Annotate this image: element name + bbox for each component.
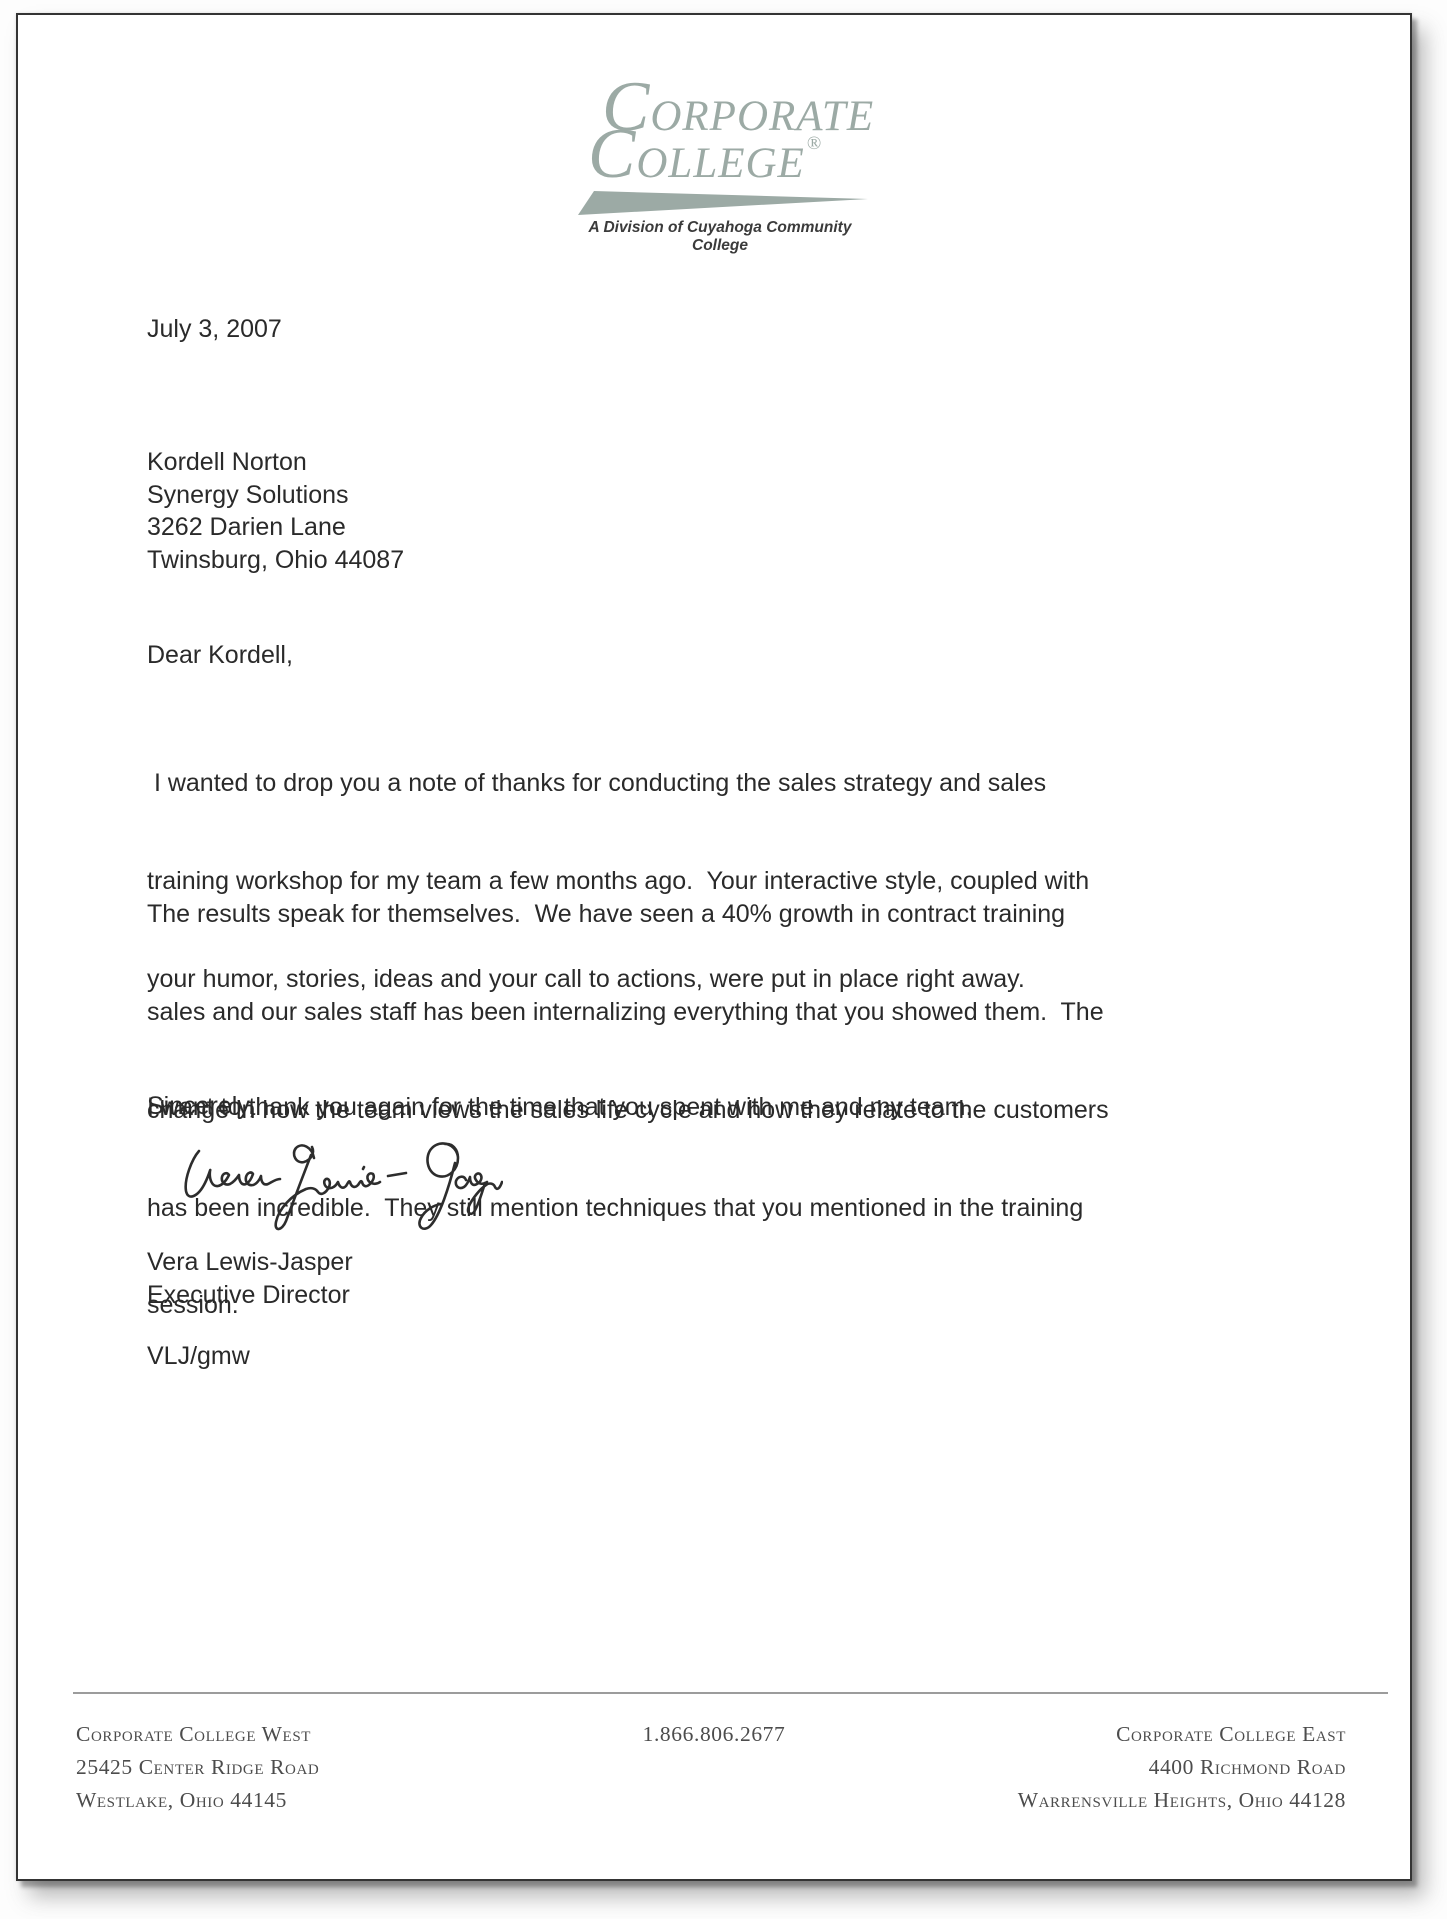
paragraph-line: sales and our sales staff has been inter… xyxy=(147,996,1109,1029)
footer-west-address: Corporate College West 25425 Center Ridg… xyxy=(76,1718,319,1817)
footer-line: Warrensville Heights, Ohio 44128 xyxy=(1018,1784,1346,1817)
signer-name: Vera Lewis-Jasper xyxy=(147,1246,353,1279)
recipient-address-block: Kordell Norton Synergy Solutions 3262 Da… xyxy=(147,446,404,576)
footer-east-address: Corporate College East 4400 Richmond Roa… xyxy=(1018,1718,1346,1817)
letter-date: July 3, 2007 xyxy=(147,315,282,344)
paragraph-line: I want to thank you again for the time t… xyxy=(147,1091,972,1124)
footer-line: Corporate College East xyxy=(1018,1718,1346,1751)
footer-line: 4400 Richmond Road xyxy=(1018,1751,1346,1784)
footer-phone-number: 1.866.806.2677 xyxy=(643,1718,786,1751)
footer-divider xyxy=(73,1692,1388,1694)
registered-trademark-symbol: ® xyxy=(807,133,821,154)
paragraph-line: The results speak for themselves. We hav… xyxy=(147,898,1109,931)
paragraph-line: I wanted to drop you a note of thanks fo… xyxy=(147,767,1089,800)
letter-page: Corporate College® A Division of Cuyahog… xyxy=(16,13,1412,1881)
letterhead-tagline: A Division of Cuyahoga Community College xyxy=(562,219,878,255)
recipient-company: Synergy Solutions xyxy=(147,479,404,512)
reference-initials: VLJ/gmw xyxy=(147,1342,250,1371)
scanned-letter-background: { "theme": { "brand_color": "#9caaa5", "… xyxy=(0,0,1447,1919)
logo-college-text: College xyxy=(588,140,805,187)
signer-title: Executive Director xyxy=(147,1279,353,1312)
footer-line: 25425 Center Ridge Road xyxy=(76,1751,319,1784)
salutation: Dear Kordell, xyxy=(147,641,293,670)
closing: Sincerely, xyxy=(147,1092,255,1121)
logo-swoosh-icon xyxy=(578,190,868,216)
footer-line: Corporate College West xyxy=(76,1718,319,1751)
logo-wordmark-line2: College® xyxy=(588,119,821,190)
recipient-name: Kordell Norton xyxy=(147,446,404,479)
recipient-street: 3262 Darien Lane xyxy=(147,511,404,544)
footer-line: Westlake, Ohio 44145 xyxy=(76,1784,319,1817)
handwritten-signature xyxy=(168,1131,503,1243)
signature-block: Vera Lewis-Jasper Executive Director xyxy=(147,1246,353,1311)
recipient-city-state-zip: Twinsburg, Ohio 44087 xyxy=(147,544,404,577)
